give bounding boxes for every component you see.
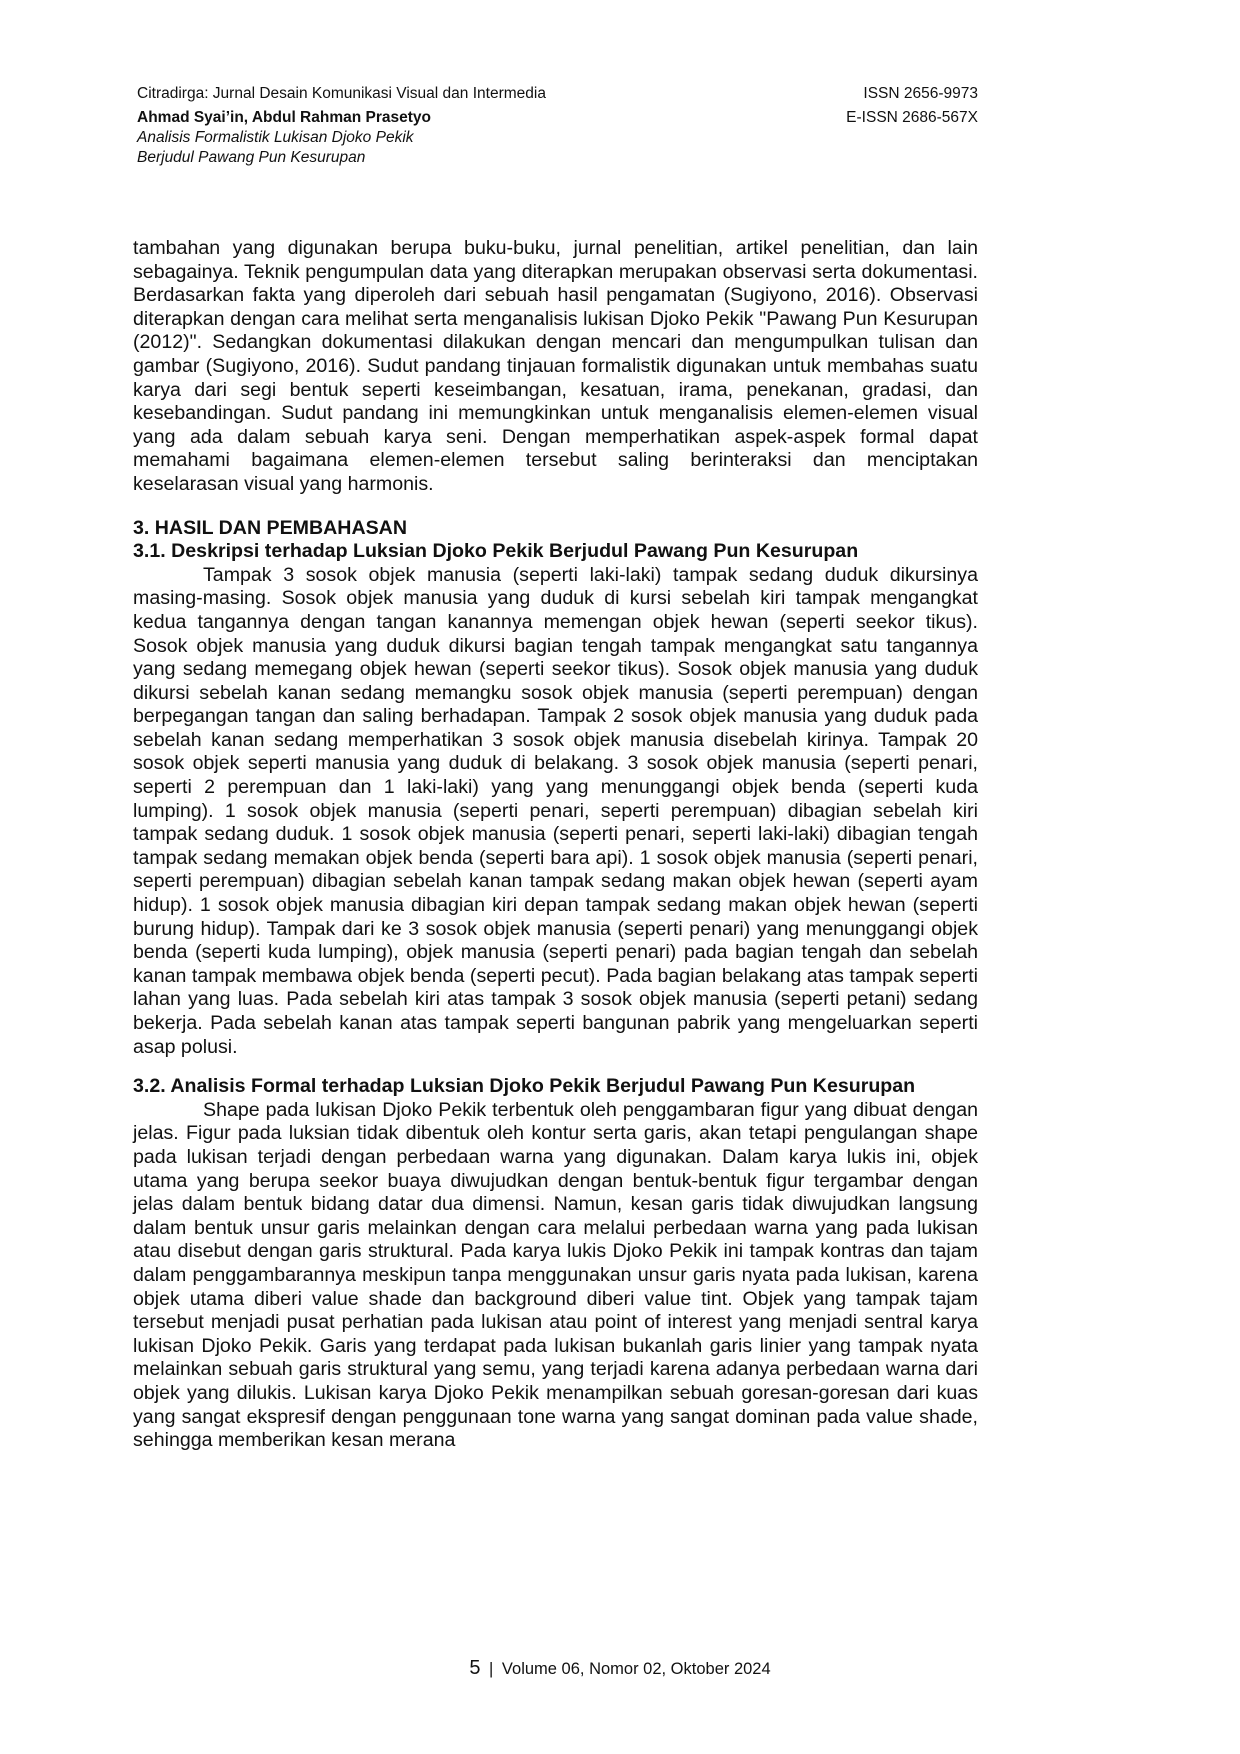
issue-info: Volume 06, Nomor 02, Oktober 2024	[502, 1660, 771, 1678]
page-footer: 5 | Volume 06, Nomor 02, Oktober 2024	[0, 1658, 1240, 1679]
issn: ISSN 2656-9973	[846, 84, 978, 104]
paragraph-methods-continued: tambahan yang digunakan berupa buku-buku…	[133, 237, 978, 497]
section-heading-3: 3. HASIL DAN PEMBAHASAN	[133, 517, 978, 541]
eissn: E-ISSN 2686-567X	[846, 108, 978, 128]
journal-name: Citradirga: Jurnal Desain Komunikasi Vis…	[137, 84, 546, 104]
article-short-title-line2: Berjudul Pawang Pun Kesurupan	[137, 148, 546, 168]
body-content: tambahan yang digunakan berupa buku-buku…	[133, 237, 978, 1453]
page-number: 5	[469, 1657, 480, 1679]
article-short-title-line1: Analisis Formalistik Lukisan Djoko Pekik	[137, 128, 546, 148]
section-heading-3-1: 3.1. Deskripsi terhadap Luksian Djoko Pe…	[133, 540, 978, 564]
paragraph-description: Tampak 3 sosok objek manusia (seperti la…	[133, 564, 978, 1059]
spacer	[133, 1059, 978, 1075]
section-heading-3-2: 3.2. Analisis Formal terhadap Luksian Dj…	[133, 1075, 978, 1099]
header-right: ISSN 2656-9973 E-ISSN 2686-567X	[846, 84, 978, 128]
paper-page: Citradirga: Jurnal Desain Komunikasi Vis…	[0, 0, 1240, 1754]
header-left: Citradirga: Jurnal Desain Komunikasi Vis…	[137, 84, 546, 168]
authors: Ahmad Syai’in, Abdul Rahman Prasetyo	[137, 108, 546, 128]
footer-separator: |	[489, 1660, 493, 1678]
paragraph-formal-analysis: Shape pada lukisan Djoko Pekik terbentuk…	[133, 1099, 978, 1453]
spacer	[133, 497, 978, 517]
